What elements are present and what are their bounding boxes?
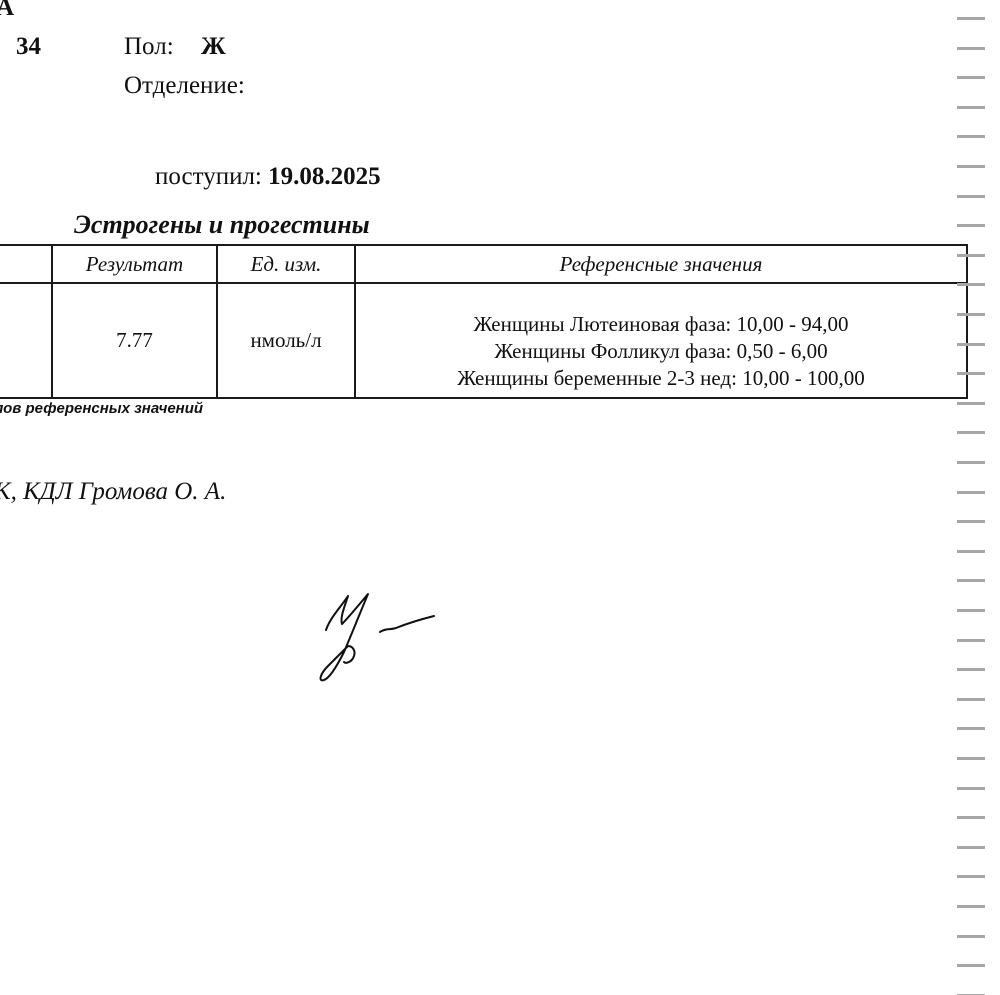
ruler-mark	[957, 343, 985, 346]
sex-label: Пол:	[124, 33, 174, 61]
reference-line: Женщины Лютеиновая фаза: 10,00 - 94,00	[474, 311, 849, 338]
department-label: Отделение:	[124, 72, 245, 100]
ruler-mark	[957, 639, 985, 642]
reference-line: Женщины беременные 2-3 нед: 10,00 - 100,…	[457, 365, 864, 392]
header-fragment-letter: А	[0, 0, 14, 22]
received-line: поступил: 19.08.2025	[155, 163, 381, 191]
column-header-result: Результат	[53, 246, 216, 282]
ruler-mark	[957, 579, 985, 582]
ruler-mark	[957, 520, 985, 523]
ruler-mark	[957, 402, 985, 405]
ruler-mark	[957, 17, 985, 20]
column-header-unit: Ед. изм.	[218, 246, 354, 282]
signer-name: К, КДЛ Громова О. А.	[0, 478, 226, 506]
ruler-mark	[957, 135, 985, 138]
ruler-mark	[957, 372, 985, 375]
ruler-mark	[957, 816, 985, 819]
ruler-mark	[957, 609, 985, 612]
received-label: поступил:	[155, 163, 262, 190]
received-date: 19.08.2025	[268, 163, 381, 190]
ruler-mark	[957, 964, 985, 967]
sex-value: Ж	[201, 33, 226, 61]
ruler-mark	[957, 106, 985, 109]
reference-line: Женщины Фолликул фаза: 0,50 - 6,00	[494, 338, 827, 365]
unit-value: нмоль/л	[218, 284, 354, 397]
ruler-mark	[957, 757, 985, 760]
ruler-mark	[957, 224, 985, 227]
ruler-mark	[957, 76, 985, 79]
ruler-mark	[957, 47, 985, 50]
ruler-mark	[957, 935, 985, 938]
column-header-name	[0, 246, 51, 282]
ruler-mark	[957, 431, 985, 434]
section-title: Эстрогены и прогестины	[74, 210, 370, 240]
ruler-mark	[957, 195, 985, 198]
ruler-mark	[957, 254, 985, 257]
signature-icon	[318, 588, 443, 688]
results-table: Результат Ед. изм. Референсные значения …	[0, 244, 968, 399]
column-header-reference: Референсные значения	[356, 246, 966, 282]
ruler-mark	[957, 668, 985, 671]
ruler-mark	[957, 846, 985, 849]
ruler-mark	[957, 313, 985, 316]
ruler-mark	[957, 165, 985, 168]
result-value: 7.77	[53, 284, 216, 397]
ruler-mark	[957, 461, 985, 464]
ruler-mark	[957, 283, 985, 286]
reference-values: Женщины Лютеиновая фаза: 10,00 - 94,00 Ж…	[356, 284, 966, 397]
test-name-cell	[0, 284, 51, 397]
ruler-mark	[957, 875, 985, 878]
ruler-mark	[957, 550, 985, 553]
ruler-mark	[957, 698, 985, 701]
ruler-mark	[957, 787, 985, 790]
patient-age: 34	[16, 33, 41, 61]
ruler-mark	[957, 491, 985, 494]
ruler-mark	[957, 727, 985, 730]
ruler-mark	[957, 905, 985, 908]
table-footnote: лов референсных значений	[0, 400, 203, 417]
